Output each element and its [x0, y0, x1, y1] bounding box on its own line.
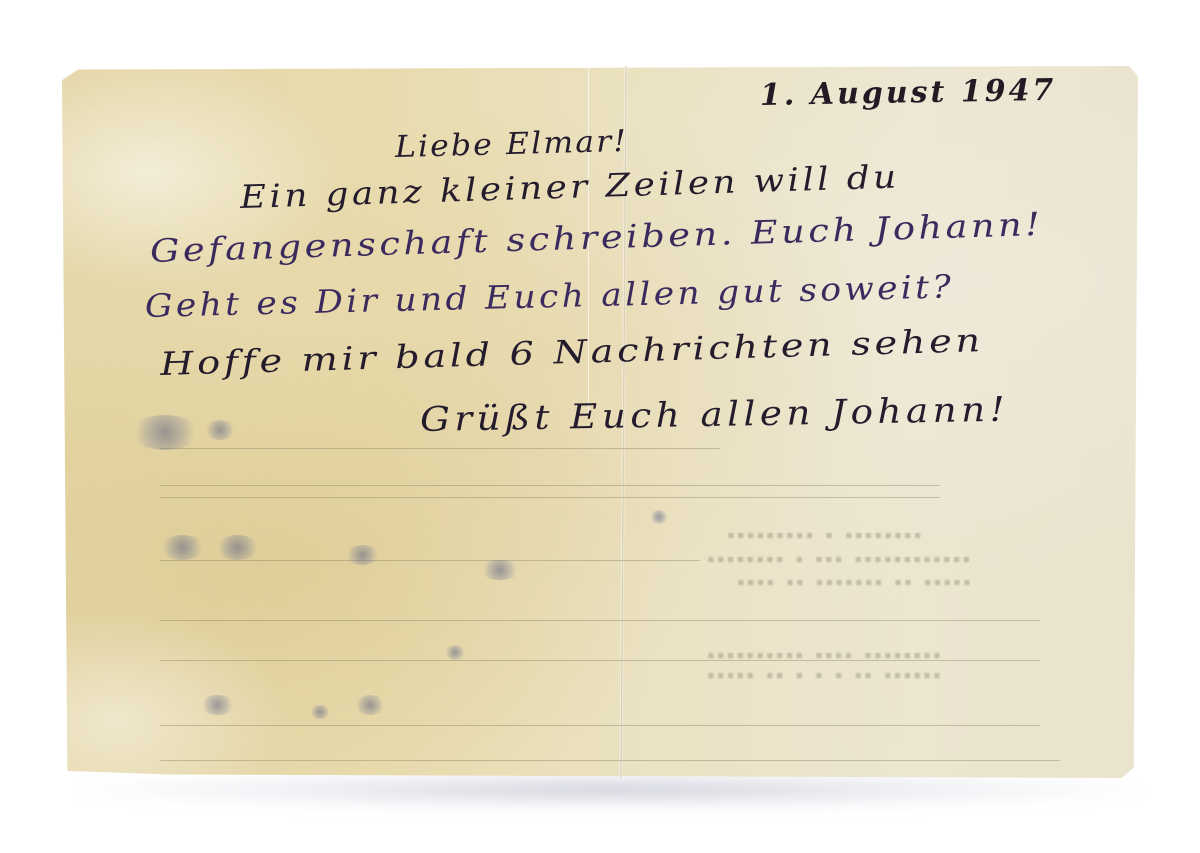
ruled-line	[160, 560, 700, 561]
ruled-line	[160, 485, 940, 486]
printed-form-text: ▪▪▪▪▪▪ ▪▪ ▪ ▪ ▪ ▪▪ ▪▪▪▪▪	[705, 668, 941, 683]
photo-stage: ▪▪▪▪▪▪▪▪ ▪ ▪▪▪▪▪▪▪▪▪ ▪▪▪▪▪▪▪▪▪▪▪▪ ▪▪▪ ▪ …	[0, 0, 1200, 853]
letter-date: 1. August 1947	[760, 73, 1057, 113]
ink-stain	[130, 415, 200, 450]
printed-form-text: ▪▪▪▪▪▪▪▪ ▪ ▪▪▪▪▪▪▪▪▪	[725, 528, 922, 543]
ink-stain	[480, 560, 520, 580]
ruled-line	[160, 497, 940, 498]
ink-stain	[345, 545, 380, 565]
ruled-line	[160, 448, 720, 449]
printed-form-text: ▪▪▪▪▪ ▪▪ ▪▪▪▪▪▪▪ ▪▪ ▪▪▪▪	[735, 575, 971, 590]
ink-stain	[215, 535, 260, 560]
ink-stain	[200, 695, 235, 715]
ruled-line	[160, 620, 1040, 621]
ink-stain	[355, 695, 385, 715]
ink-stain	[650, 510, 668, 524]
ink-stain	[160, 535, 205, 560]
ruled-line	[160, 760, 1060, 761]
letter-greeting: Liebe Elmar!	[395, 124, 629, 165]
ink-stain	[445, 645, 465, 660]
ruled-line	[160, 725, 1040, 726]
printed-form-text: ▪▪▪▪▪▪▪▪ ▪▪▪▪ ▪▪▪▪▪▪▪▪▪▪	[705, 648, 941, 663]
ink-stain	[205, 420, 235, 440]
printed-form-text: ▪▪▪▪▪▪▪▪▪▪▪▪ ▪▪▪ ▪ ▪▪▪▪▪▪▪▪	[705, 552, 970, 567]
ink-stain	[310, 705, 330, 719]
